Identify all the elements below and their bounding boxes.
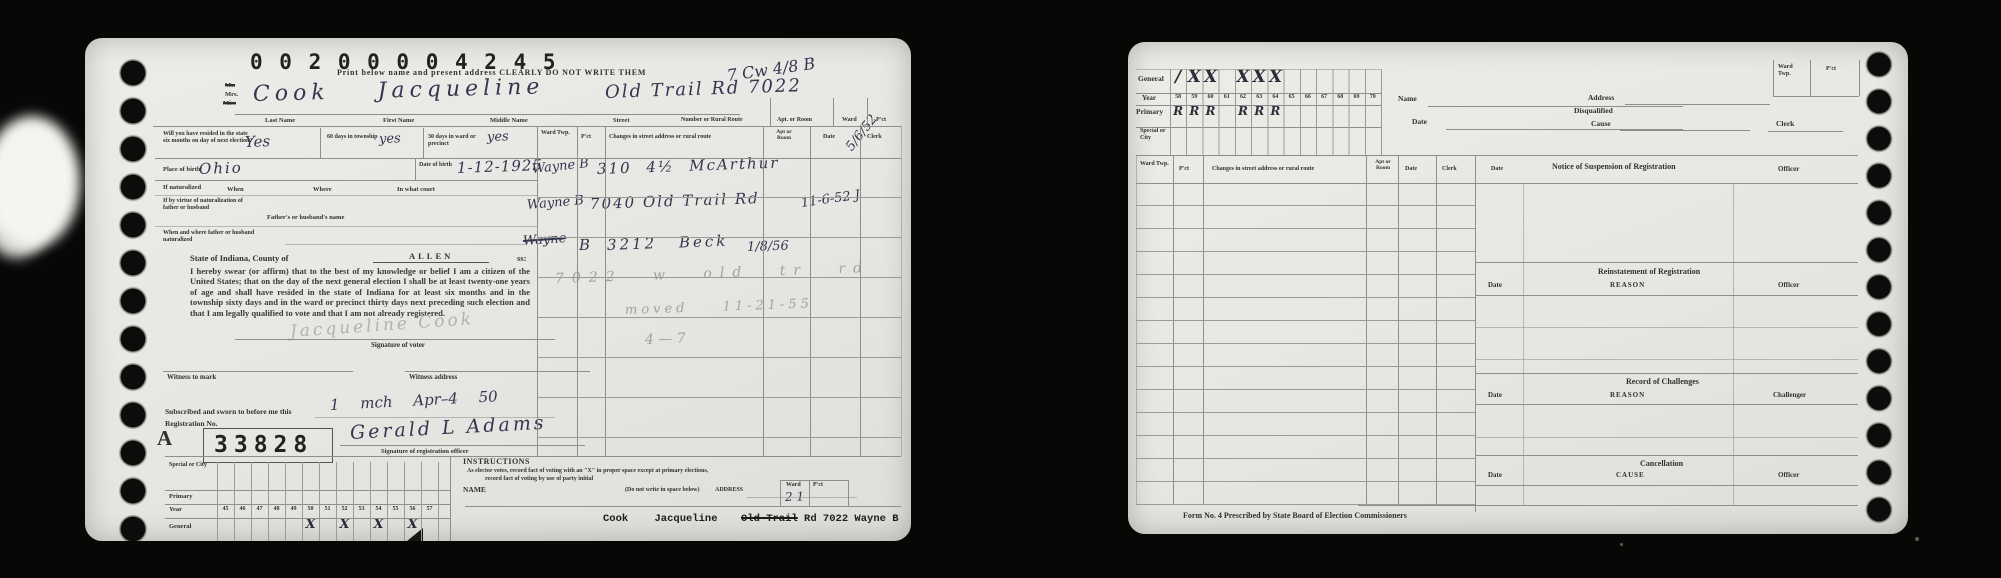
label-sworn-before-me: Subscribed and sworn to before me this	[165, 408, 292, 416]
section-suspension-officer: Officer	[1778, 166, 1799, 174]
instructions-name-label: NAME	[463, 486, 486, 494]
label-middle-name: Middle Name	[490, 117, 528, 124]
sworn-date-handwriting: 1 mch Apr–4 50	[330, 387, 499, 414]
title-miss: Miss	[223, 100, 236, 107]
corner-pct: P'ct	[1826, 66, 1836, 73]
label-apt-or-room: Apt. or Room	[777, 117, 812, 124]
label-number-rural-route: Number or Rural Route	[681, 117, 743, 124]
title-mr: Mr.	[225, 82, 235, 89]
title-mrs: Mrs.	[225, 91, 238, 98]
section-reinstatement-title: Reinstatement of Registration	[1598, 268, 1700, 277]
label-first-name: First Name	[383, 117, 414, 124]
grid-label-year: Year	[169, 506, 182, 513]
question-60-days: 60 days in township	[327, 134, 379, 141]
col-apt-room: Apt or Room	[1370, 159, 1396, 171]
grid-label-general: General	[1138, 75, 1164, 83]
question-30-days: 30 days in ward or precinct	[428, 134, 488, 148]
col-apt-room: Apt or Room	[769, 129, 799, 141]
section-challenges-title: Record of Challenges	[1626, 378, 1699, 387]
col-date: Date	[823, 134, 835, 141]
instructions-address-label: ADDRESS	[715, 487, 743, 494]
label-last-name: Last Name	[265, 117, 295, 124]
label-clerk: Clerk	[1776, 120, 1794, 128]
written-name: Cook Jacqueline	[253, 74, 545, 107]
label-cause: Cause	[1591, 120, 1611, 128]
label-father-naturalization: If by virtue of naturalization of father…	[163, 198, 255, 212]
label-signature-registration-officer: Signature of registration officer	[381, 448, 469, 455]
grid-label-general: General	[169, 523, 191, 530]
form-footer: Form No. 4 Prescribed by State Board of …	[1183, 512, 1407, 521]
instructions-ward-label: Ward	[786, 482, 801, 489]
label-when-where-naturalized: When and where father or husband natural…	[163, 230, 283, 244]
corner-ward-twp: Ward Twp.	[1778, 64, 1806, 78]
section-challenges-date: Date	[1488, 392, 1502, 400]
label-ward: Ward	[842, 117, 857, 124]
affidavit-state-county: State of Indiana, County of	[190, 254, 288, 263]
section-cancellation-cause: CAUSE	[1616, 472, 1645, 480]
dust-speck	[1620, 543, 1623, 546]
col-ward-twp: Ward Twp.	[1140, 161, 1170, 168]
question-resided-state: Will you have resided in the state six m…	[163, 131, 253, 145]
section-cancellation-title: Cancellation	[1640, 460, 1683, 469]
section-challenges-reason: REASON	[1610, 392, 1645, 400]
label-name: Name	[1398, 95, 1417, 103]
answer-place-of-birth: Ohio	[199, 158, 243, 178]
registration-card-back: General Year Primary Special or City 585…	[1128, 42, 1908, 534]
label-when: When	[227, 186, 244, 193]
typed-address-struck: Old Trail	[741, 513, 798, 525]
label-street: Street	[613, 117, 629, 124]
col-pct: P'ct	[1179, 166, 1189, 173]
registration-number-stamp: 33828	[214, 432, 313, 458]
written-address: Old Trail Rd 7022	[605, 75, 803, 103]
col-clerk: Clerk	[1442, 166, 1457, 173]
typed-address-rest: Rd 7022 Wayne B	[798, 513, 899, 525]
instructions-line1: As elector votes, record fact of voting …	[467, 468, 708, 475]
affidavit-body: I hereby swear (or affirm) that to the b…	[190, 266, 530, 318]
punch-holes-left	[119, 54, 147, 541]
label-place-of-birth: Place of birth	[163, 166, 201, 173]
typed-voter-address: Old Trail Rd 7022 Wayne B	[741, 513, 899, 525]
grid-label-special-or-city: Special or City	[169, 462, 207, 469]
label-signature-of-voter: Signature of voter	[371, 342, 425, 350]
grid-label-primary: Primary	[169, 493, 192, 500]
answer-60-days: yes	[379, 131, 401, 147]
section-reinstatement-date: Date	[1488, 282, 1502, 290]
answer-date-of-birth: 1-12-1925	[457, 156, 544, 177]
label-address: Address	[1588, 94, 1614, 102]
instructions-line2: record fact of voting by use of party in…	[485, 476, 593, 483]
typed-voter-name: Cook Jacqueline	[603, 513, 718, 525]
label-in-what-court: In what court	[397, 186, 435, 193]
label-if-naturalized: If naturalized	[163, 184, 201, 191]
label-registration-no: Registration No.	[165, 420, 218, 428]
dust-speck	[1915, 537, 1919, 541]
answer-resided-state: Yes	[245, 132, 271, 151]
col-changes: Changes in street address or rural route	[1212, 166, 1314, 173]
grid-label-year: Year	[1142, 95, 1156, 103]
grid-label-special-or-city: Special or City	[1140, 128, 1170, 142]
instructions-title: INSTRUCTIONS	[463, 458, 530, 467]
section-suspension-title: Notice of Suspension of Registration	[1552, 163, 1676, 172]
section-reinstatement-officer: Officer	[1778, 282, 1799, 290]
section-cancellation-date: Date	[1488, 472, 1502, 480]
label-where: Where	[313, 186, 332, 193]
answer-30-days: yes	[487, 129, 509, 145]
col-ward-twp: Ward Twp.	[541, 130, 573, 137]
col-pct: P'ct	[581, 134, 591, 141]
section-cancellation-officer: Officer	[1778, 472, 1799, 480]
label-disqualified: Disqualified	[1574, 107, 1613, 115]
col-date: Date	[1405, 166, 1417, 173]
index-letter: A	[157, 426, 172, 451]
registration-card-front: 0 0 2 0 0 0 0 4 2 4 5 Print below name a…	[85, 38, 911, 541]
label-witness-to-mark: Witness to mark	[167, 374, 216, 382]
col-changes: Changes in street address or rural route	[609, 134, 711, 141]
label-father-husband-name: Father's or husband's name	[267, 214, 344, 221]
instructions-note: (Do not write in space below)	[625, 487, 700, 494]
affidavit-ss: ss:	[517, 254, 526, 263]
microfilm-scan-frame: 0 0 2 0 0 0 0 4 2 4 5 Print below name a…	[0, 0, 2001, 578]
label-witness-address: Witness address	[409, 374, 457, 382]
col-date-2: Date	[1491, 166, 1503, 173]
instructions-pct-label: P'ct	[813, 482, 823, 489]
grid-label-primary: Primary	[1136, 108, 1163, 116]
section-challenges-challenger: Challenger	[1773, 392, 1806, 400]
section-reinstatement-reason: REASON	[1610, 282, 1645, 290]
affidavit-county-value: ALLEN	[373, 252, 489, 263]
label-date: Date	[1412, 118, 1427, 126]
punch-holes-right	[1865, 46, 1893, 528]
label-date-of-birth: Date of birth	[419, 162, 453, 169]
